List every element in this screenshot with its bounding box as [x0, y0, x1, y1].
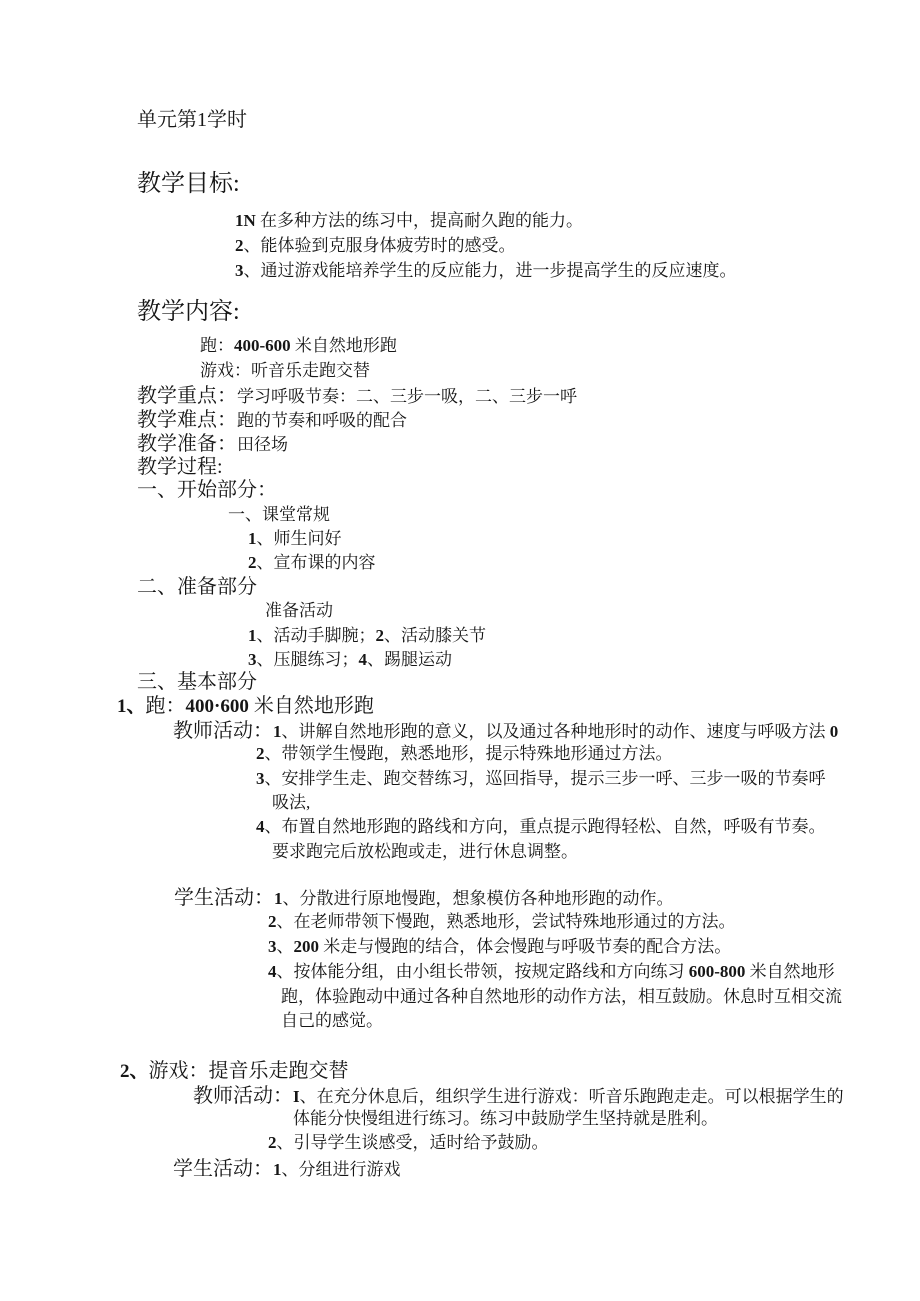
document-page: 单元第1学时 教学目标: 1N 在多种方法的练习中，提高耐久跑的能力。 2、能体… [0, 0, 920, 1301]
goal-item-number: 3 [235, 261, 244, 280]
teacher-item-tail: 0 [830, 722, 839, 741]
activity2-teacher-line1: 教师活动：I、在充分休息后，组织学生进行游戏：听音乐跑跑走走。可以根据学生的 [193, 1084, 844, 1108]
activity1-teacher-line5: 4、布置自然地形跑的路线和方向，重点提示跑得轻松、自然，呼吸有节奏。 [256, 817, 826, 837]
student-item-text: 、在老师带领下慢跑，熟悉地形，尝试特殊地形通过的方法。 [277, 912, 736, 931]
teacher-item-text: 、引导学生谈感受，适时给予鼓励。 [277, 1133, 549, 1152]
difficulty-line: 教学难点：跑的节奏和呼吸的配合 [137, 408, 407, 432]
student-item-number: 4 [268, 962, 277, 981]
teaching-goal-item: 1N 在多种方法的练习中，提高耐久跑的能力。 [235, 211, 583, 231]
key-point-text: 学习呼吸节奏：二、三步一吸，二、三步一呼 [237, 387, 577, 406]
student-item-distance: 600-800 [689, 962, 746, 981]
key-point-label: 教学重点： [137, 385, 237, 407]
part2-subheading-text: 准备活动 [265, 601, 333, 620]
part2-item-text2: 、踢腿运动 [367, 650, 452, 669]
activity1-distance: 400·600 [186, 696, 249, 717]
activity1-teacher-line2: 2、带领学生慢跑，熟悉地形，提示特殊地形通过方法。 [256, 744, 673, 764]
difficulty-label: 教学难点： [137, 409, 237, 431]
part1-item: 2、宣布课的内容 [248, 553, 376, 573]
teacher-item-number: 2 [256, 744, 265, 763]
part1-subheading-text: 一、课堂常规 [228, 505, 330, 524]
activity1-title-suffix: 米自然地形跑 [249, 695, 374, 717]
part2-heading: 二、准备部分 [137, 575, 257, 599]
student-activity-label: 学生活动： [174, 887, 274, 909]
part3-heading: 三、基本部分 [137, 670, 257, 694]
teaching-goal-item: 3、通过游戏能培养学生的反应能力，进一步提高学生的反应速度。 [235, 261, 737, 281]
activity1-teacher-line1: 教师活动：1、讲解自然地形跑的意义，以及通过各种地形时的动作、速度与呼吸方法 0 [173, 719, 838, 743]
content-game-line: 游戏：听音乐走跑交替 [200, 361, 370, 381]
student-item-distance: 200 [294, 937, 320, 956]
teaching-content-heading-text: 教学内容: [137, 299, 240, 325]
part2-item-number: 3 [248, 650, 257, 669]
preparation-label: 教学准备： [137, 433, 237, 455]
activity1-teacher-line3: 3、安排学生走、跑交替练习，巡回指导，提示三步一呼、三步一吸的节奏呼 [256, 769, 826, 789]
student-item-text2: 米走与慢跑的结合，体会慢跑与呼吸节奏的配合方法。 [319, 937, 731, 956]
goal-item-text: 、通过游戏能培养学生的反应能力，进一步提高学生的反应速度。 [244, 261, 737, 280]
teaching-goals-heading: 教学目标: [137, 170, 240, 199]
goal-item-number: 2 [235, 236, 244, 255]
activity2-title: 2、游戏：提音乐走跑交替 [120, 1059, 349, 1084]
part1-heading: 一、开始部分： [137, 478, 277, 502]
student-item-text: 、分组进行游戏 [282, 1160, 401, 1179]
part2-heading-text: 二、准备部分 [137, 576, 257, 598]
part1-item-number: 2 [248, 553, 257, 572]
activity1-student-line3: 3、200 米走与慢跑的结合，体会慢跑与呼吸节奏的配合方法。 [268, 937, 731, 957]
preparation-text: 田径场 [237, 435, 288, 454]
key-point-line: 教学重点：学习呼吸节奏：二、三步一吸，二、三步一呼 [137, 384, 577, 408]
teacher-item-text: 、在充分休息后，组织学生进行游戏：听音乐跑跑走走。可以根据学生的 [300, 1087, 844, 1106]
part1-item-text: 、宣布课的内容 [257, 553, 376, 572]
student-item-text: 、 [277, 937, 294, 956]
activity2-student-line1: 学生活动：1、分组进行游戏 [173, 1157, 401, 1181]
teaching-goal-item: 2、能体验到克服身体疲劳时的感受。 [235, 236, 516, 256]
content-game-text: 游戏：听音乐走跑交替 [200, 361, 370, 380]
teacher-activity-label: 教师活动： [173, 720, 273, 742]
preparation-line: 教学准备：田径场 [137, 432, 288, 456]
part2-item-number2: 4 [359, 650, 368, 669]
teaching-goals-heading-text: 教学目标: [137, 171, 240, 197]
part2-item-text: 、活动手脚腕； [257, 626, 376, 645]
activity1-student-line4: 4、按体能分组，由小组长带领，按规定路线和方向练习 600-800 米自然地形 [268, 962, 835, 982]
part2-item-text: 、压腿练习； [257, 650, 359, 669]
part2-subheading: 准备活动 [265, 601, 333, 621]
student-item-continuation: 自己的感觉。 [281, 1011, 383, 1030]
teacher-item-text: 、讲解自然地形跑的意义，以及通过各种地形时的动作、速度与呼吸方法 [282, 722, 830, 741]
activity2-teacher-line3: 2、引导学生谈感受，适时给予鼓励。 [268, 1133, 549, 1153]
activity1-title-prefix: 跑： [146, 695, 186, 717]
part1-subheading: 一、课堂常规 [228, 505, 330, 525]
process-heading: 教学过程: [137, 455, 223, 479]
teacher-activity-label: 教师活动： [193, 1085, 293, 1107]
activity2-teacher-line2: 体能分快慢组进行练习。练习中鼓励学生坚持就是胜利。 [293, 1109, 718, 1129]
activity1-title: 1、跑：400·600 米自然地形跑 [117, 694, 374, 719]
unit-session-text: 单元第1学时 [137, 109, 247, 131]
student-item-text: 、按体能分组，由小组长带领，按规定路线和方向练习 [277, 962, 689, 981]
goal-item-text: 在多种方法的练习中，提高耐久跑的能力。 [256, 211, 583, 230]
activity1-teacher-line4: 吸法, [272, 793, 310, 813]
teacher-item-text: 、安排学生走、跑交替练习，巡回指导，提示三步一呼、三步一吸的节奏呼 [265, 769, 826, 788]
teacher-item-number: 3 [256, 769, 265, 788]
activity1-student-line5: 跑，体验跑动中通过各种自然地形的动作方法，相互鼓励。休息时互相交流 [281, 987, 842, 1007]
activity2-title-text: 游戏：提音乐走跑交替 [149, 1060, 349, 1082]
teacher-item-continuation: 吸法, [272, 793, 310, 812]
goal-item-number: 1N [235, 211, 256, 230]
teacher-item-number: 1 [273, 722, 282, 741]
student-activity-label: 学生活动： [173, 1158, 273, 1180]
part1-heading-text: 一、开始部分： [137, 479, 277, 501]
part3-heading-text: 三、基本部分 [137, 671, 257, 693]
process-heading-text: 教学过程: [137, 456, 223, 478]
goal-item-text: 、能体验到克服身体疲劳时的感受。 [244, 236, 516, 255]
part2-item: 1、活动手脚腕；2、活动膝关节 [248, 626, 486, 646]
content-run-suffix: 米自然地形跑 [291, 336, 397, 355]
content-run-line: 跑：400-600 米自然地形跑 [200, 336, 397, 356]
activity1-student-line2: 2、在老师带领下慢跑，熟悉地形，尝试特殊地形通过的方法。 [268, 912, 736, 932]
activity1-teacher-line6: 要求跑完后放松跑或走，进行休息调整。 [272, 842, 578, 862]
activity2-number: 2、 [120, 1061, 149, 1082]
part1-item: 1、师生问好 [248, 529, 342, 549]
activity1-student-line6: 自己的感觉。 [281, 1011, 383, 1031]
teacher-item-number: 4 [256, 817, 265, 836]
student-item-text2: 米自然地形 [745, 962, 834, 981]
student-item-number: 1 [273, 1160, 282, 1179]
content-run-prefix: 跑： [200, 336, 234, 355]
teacher-item-number: I [293, 1087, 300, 1106]
part2-item-text2: 、活动膝关节 [384, 626, 486, 645]
student-item-number: 1 [274, 889, 283, 908]
content-run-distance: 400-600 [234, 336, 291, 355]
student-item-text: 、分散进行原地慢跑，想象模仿各种地形跑的动作。 [283, 889, 674, 908]
teacher-item-text: 、带领学生慢跑，熟悉地形，提示特殊地形通过方法。 [265, 744, 673, 763]
unit-session-title: 单元第1学时 [137, 108, 247, 132]
part2-item: 3、压腿练习；4、踢腿运动 [248, 650, 452, 670]
teacher-item-number: 2 [268, 1133, 277, 1152]
activity1-number: 1、 [117, 696, 146, 717]
activity1-student-line1: 学生活动：1、分散进行原地慢跑，想象模仿各种地形跑的动作。 [174, 886, 674, 910]
difficulty-text: 跑的节奏和呼吸的配合 [237, 411, 407, 430]
student-item-number: 3 [268, 937, 277, 956]
teacher-item-continuation: 体能分快慢组进行练习。练习中鼓励学生坚持就是胜利。 [293, 1109, 718, 1128]
teacher-item-continuation: 要求跑完后放松跑或走，进行休息调整。 [272, 842, 578, 861]
part1-item-number: 1 [248, 529, 257, 548]
part2-item-number2: 2 [376, 626, 385, 645]
part1-item-text: 、师生问好 [257, 529, 342, 548]
teacher-item-text: 、布置自然地形跑的路线和方向，重点提示跑得轻松、自然，呼吸有节奏。 [265, 817, 826, 836]
teaching-content-heading: 教学内容: [137, 298, 240, 327]
student-item-continuation: 跑，体验跑动中通过各种自然地形的动作方法，相互鼓励。休息时互相交流 [281, 987, 842, 1006]
part2-item-number: 1 [248, 626, 257, 645]
student-item-number: 2 [268, 912, 277, 931]
